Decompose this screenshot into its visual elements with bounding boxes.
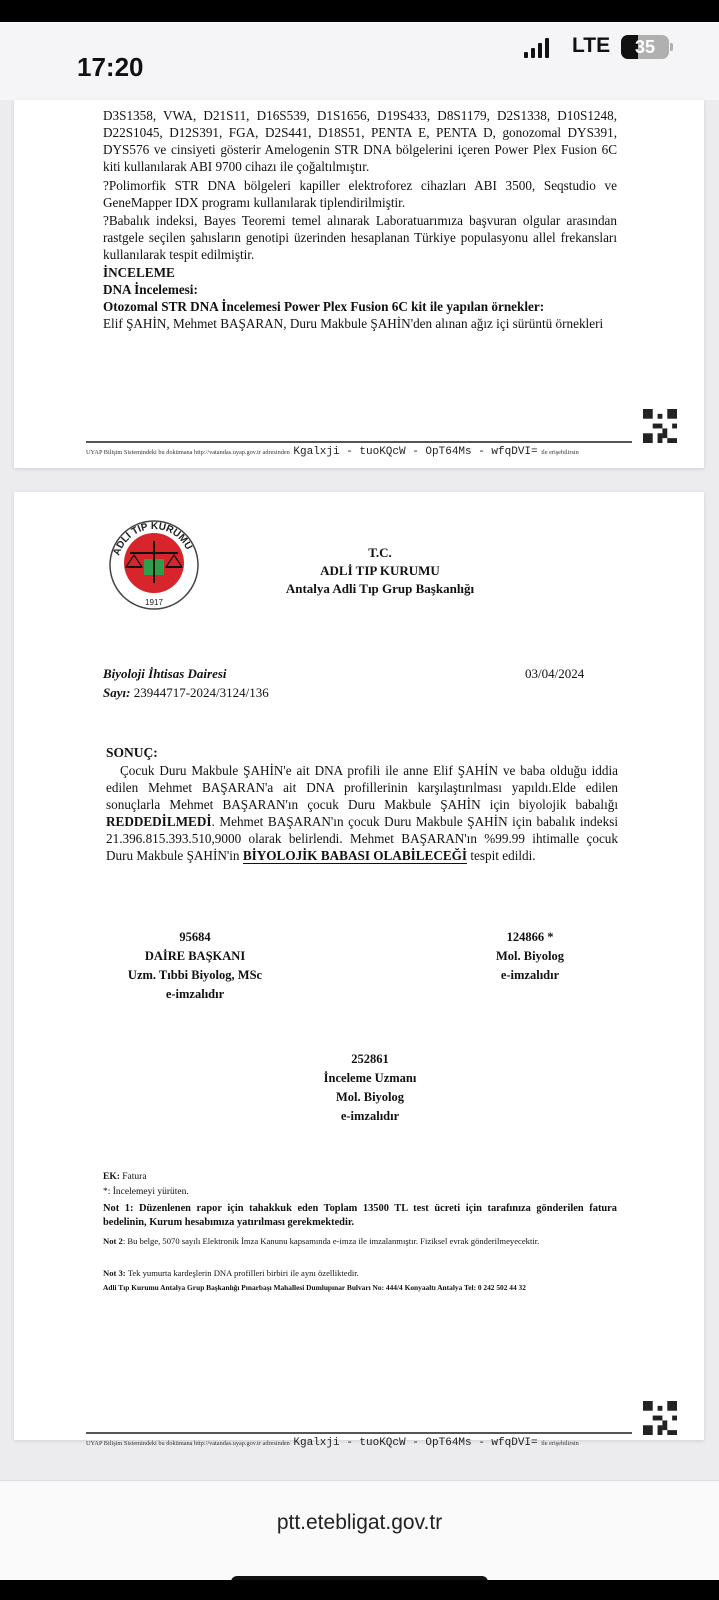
signer-id: 252861 [300,1050,440,1069]
polimorfik-paragraph: ?Polimorfik STR DNA bölgeleri kapiller e… [103,177,617,211]
verdict-highlight: BİYOLOJİK BABASI OLABİLECEĞİ [243,848,467,864]
uyap-prefix: UYAP Bilişim Sistemindeki bu dokümana ht… [86,449,290,456]
uyap-footer-page-1: UYAP Bilişim Sistemindeki bu dokümana ht… [86,441,632,458]
signer-id: 95684 [110,928,280,947]
signer-daire-baskani: 95684 DAİRE BAŞKANI Uzm. Tıbbi Biyolog, … [110,928,280,1004]
qr-code-icon [643,409,677,443]
bottom-black-bezel [0,1580,719,1600]
institution-address: Adli Tıp Kurumu Antalya Grup Başkanlığı … [103,1280,617,1295]
adli-tip-kurumu-logo: ADLİ TIP KURUMU 1917 [108,515,200,615]
note-2-label: Not 2 [103,1236,123,1246]
heading-otozomal: Otozomal STR DNA İncelemesi Power Plex F… [103,298,617,315]
svg-text:1917: 1917 [145,598,163,607]
header-branch: Antalya Adli Tıp Grup Başkanlığı [230,581,530,597]
sonuc-title: SONUÇ: [106,745,158,761]
signer-role: Mol. Biyolog [300,1088,440,1107]
note-3-text: Tek yumurta kardeşlerin DNA profilleri b… [128,1268,359,1278]
battery-icon: 35 [621,35,669,59]
ek-label: EK: [103,1172,120,1182]
note-1: Not 1: Düzenlenen rapor için tahakkuk ed… [103,1202,617,1230]
status-bar: 17:20 [0,22,719,100]
sonuc-paragraph: Çocuk Duru Makbule ŞAHİN'e ait DNA profi… [106,762,618,864]
browser-bottom-bar: ptt.etebligat.gov.tr [0,1480,719,1581]
uyap-suffix: ile erişebilirsin [541,449,579,456]
signer-id: 124866 * [470,928,590,947]
heading-dna-incelemesi: DNA İncelemesi: [103,281,617,298]
sayi-label: Sayı: [103,685,130,700]
uyap-access-code: Kgalxji - tuoKQcW - OpT64Ms - wfqDVI= [293,1437,537,1449]
samples-text: Elif ŞAHİN, Mehmet BAŞARAN, Duru Makbule… [103,315,617,332]
asterisk-note: *: İncelemeyi yürüten. [103,1187,189,1197]
signer-esign: e-imzalıdır [110,985,280,1004]
header-institution: ADLİ TIP KURUMU [230,563,530,579]
top-black-bezel [0,0,719,22]
sonuc-text-1: Çocuk Duru Makbule ŞAHİN'e ait DNA profi… [106,763,618,812]
uyap-footer-page-2: UYAP Bilişim Sistemindeki bu dokümana ht… [86,1432,632,1449]
note-3: Not 3: Tek yumurta kardeşlerin DNA profi… [103,1266,617,1280]
signer-mol-biyolog: 124866 * Mol. Biyolog e-imzalıdır [470,928,590,985]
uyap-prefix: UYAP Bilişim Sistemindeki bu dokümana ht… [86,1440,290,1447]
ek-value: Fatura [122,1172,146,1182]
battery-tip [670,43,673,51]
battery-percent: 35 [621,35,669,59]
address-bar-url[interactable]: ptt.etebligat.gov.tr [0,1511,719,1535]
ek-line: EK: Fatura [103,1172,147,1182]
network-type: LTE [572,34,610,58]
uyap-access-code: Kgalxji - tuoKQcW - OpT64Ms - wfqDVI= [293,446,537,458]
note-2-text: : Bu belge, 5070 sayılı Elektronik İmza … [123,1236,539,1246]
header-tc: T.C. [230,545,530,561]
sonuc-text-end: tespit edildi. [470,848,535,863]
str-loci-paragraph: D3S1358, VWA, D21S11, D16S539, D1S1656, … [103,107,617,175]
note-2: Not 2: Bu belge, 5070 sayılı Elektronik … [103,1234,617,1248]
signer-inceleme-uzmani: 252861 İnceleme Uzmanı Mol. Biyolog e-im… [300,1050,440,1126]
babalik-index-paragraph: ?Babalık indeksi, Bayes Teoremi temel al… [103,212,617,263]
sayi-value: 23944717-2024/3124/136 [134,685,269,700]
signer-title: DAİRE BAŞKANI [110,947,280,966]
signer-title: İnceleme Uzmanı [300,1069,440,1088]
uyap-suffix: ile erişebilirsin [541,1440,579,1447]
signer-role: Uzm. Tıbbi Biyolog, MSc [110,966,280,985]
signer-title: Mol. Biyolog [470,947,590,966]
signer-esign: e-imzalıdır [470,966,590,985]
qr-code-icon [643,1401,677,1435]
status-time: 17:20 [77,52,144,83]
department-name: Biyoloji İhtisas Dairesi [103,666,227,682]
sayi-line: Sayı: 23944717-2024/3124/136 [103,685,269,701]
heading-inceleme: İNCELEME [103,264,617,281]
document-date: 03/04/2024 [525,666,584,682]
signer-esign: e-imzalıdır [300,1107,440,1126]
note-3-label: Not 3: [103,1268,126,1278]
signal-icon [524,36,549,58]
verdict-reddedilmedi: REDDEDİLMEDİ [106,814,212,829]
